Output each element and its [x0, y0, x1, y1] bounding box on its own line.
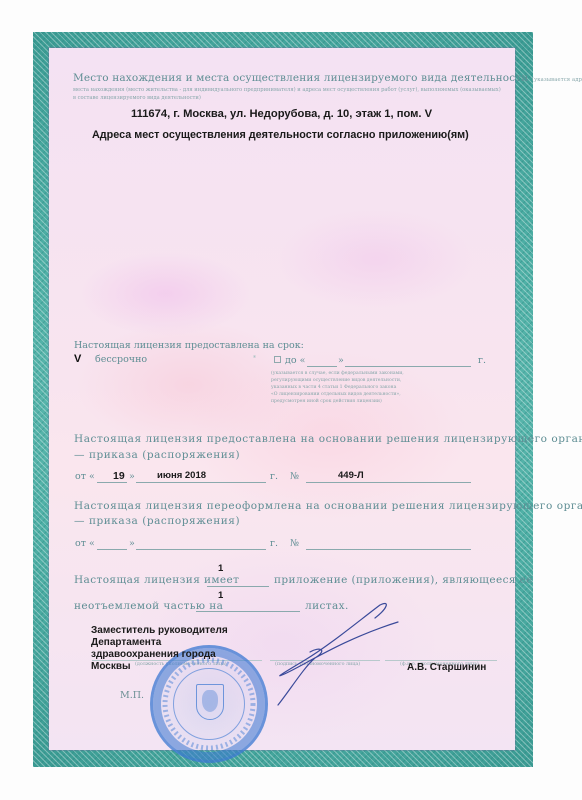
grant-heading-line-1: Настоящая лицензия предоставлена на осно… — [74, 433, 582, 445]
address-value: 111674, г. Москва, ул. Недорубова, д. 10… — [131, 108, 432, 120]
grant-day-line — [97, 482, 127, 483]
handwritten-signature-icon — [270, 600, 410, 710]
until-prefix: до « — [285, 355, 305, 366]
grant-number: 449-Л — [338, 470, 364, 481]
addresses-note: Адреса мест осуществления деятельности с… — [92, 129, 469, 141]
reissue-number-line[interactable] — [306, 549, 471, 550]
grant-number-label: № — [290, 471, 299, 482]
until-note-line-1: (указывается в случае, если федеральными… — [271, 371, 404, 378]
term-heading: Настоящая лицензия предоставлена на срок… — [74, 340, 304, 351]
grant-quote-close: » — [129, 471, 135, 482]
grant-number-line — [306, 482, 471, 483]
grant-day: 19 — [113, 470, 125, 482]
reissue-heading-line-1: Настоящая лицензия переоформлена на осно… — [74, 500, 582, 512]
grant-month-line — [136, 482, 266, 483]
location-note-3: в составе лицензируемого вида деятельнос… — [73, 95, 201, 102]
grant-month-year: июня 2018 — [157, 470, 206, 481]
signatory-position-line-1: Заместитель руководителя — [91, 625, 228, 638]
appendix-count-line — [207, 586, 269, 587]
until-note-line-2: регулирующими осуществление видов деятел… — [271, 378, 401, 385]
appendix-line-1-suffix: приложение (приложения), являющееся её — [274, 574, 533, 586]
reissue-month-line[interactable] — [136, 549, 266, 550]
signatory-name: А.В. Старшинин — [407, 662, 486, 673]
official-seal — [150, 645, 268, 763]
appendix-line-1-prefix: Настоящая лицензия имеет — [74, 574, 239, 586]
reissue-number-label: № — [290, 538, 299, 549]
indefinite-label: бессрочно — [95, 354, 147, 365]
asterisk-mark: * — [253, 355, 256, 362]
reissue-day-line[interactable] — [97, 549, 127, 550]
until-day-line[interactable] — [307, 366, 337, 367]
until-quote-close: » — [338, 355, 344, 366]
reissue-from-label: от « — [75, 538, 95, 549]
grant-heading-line-2: — приказа (распоряжения) — [74, 449, 240, 461]
signatory-position-line-4: Москвы — [91, 661, 131, 674]
appendix-count: 1 — [218, 563, 223, 574]
location-note-2: места нахождения (место жительства - для… — [73, 87, 501, 94]
until-note-line-4: «О лицензировании отдельных видов деятел… — [271, 392, 401, 399]
until-note-line-3: указанных в части 4 статьи 1 Федеральног… — [271, 385, 396, 392]
until-note-line-5: предусмотрен иной срок действия лицензии… — [271, 399, 382, 406]
grant-from-label: от « — [75, 471, 95, 482]
signatory-position-line-3: здравоохранения города — [91, 649, 216, 662]
reissue-quote-close: » — [129, 538, 135, 549]
grant-year-suffix: г. — [270, 471, 278, 482]
signatory-position-line-2: Департамента — [91, 637, 161, 650]
reissue-year-suffix: г. — [270, 538, 278, 549]
location-heading-text: Место нахождения и места осуществления л… — [73, 72, 528, 84]
seal-label: М.П. — [120, 690, 144, 701]
location-note-1: (указывается адрес — [532, 77, 582, 83]
until-year-suffix: г. — [478, 355, 486, 366]
seal-text-ring-icon — [153, 648, 271, 766]
indefinite-checkbox-mark[interactable]: V — [74, 353, 81, 365]
location-heading: Место нахождения и места осуществления л… — [73, 72, 582, 84]
reissue-heading-line-2: — приказа (распоряжения) — [74, 515, 240, 527]
until-checkbox[interactable] — [274, 356, 281, 363]
until-month-line[interactable] — [345, 366, 471, 367]
